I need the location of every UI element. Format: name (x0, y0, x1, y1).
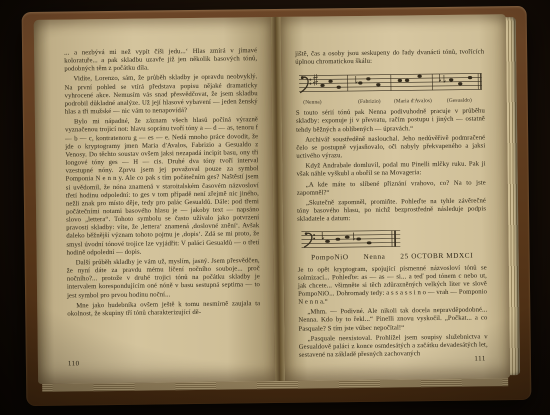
paragraph: Když Andrabale domluvil, podal mu Pinell… (296, 161, 485, 180)
paragraph: ... a nezbývá mi než vypít číši jedu...‘… (64, 47, 257, 74)
staff-label-maria-davalos: (Maria d'Avalos) (394, 97, 432, 106)
music-staff-chromatic-scale (295, 70, 484, 98)
paragraph: „Skutečně zapomněl, promiňte. Pohleďte n… (297, 197, 486, 224)
right-page-text: jiště, čas a osoby jsou seskupeny do řad… (281, 14, 510, 360)
staff-label-fabrizio: (Fabrizio) (358, 98, 381, 106)
page-number-right: 111 (474, 354, 486, 362)
notes-group-fabrizio (356, 76, 381, 87)
bass-clef-icon (300, 76, 312, 93)
paragraph: jiště, čas a osoby jsou seskupeny do řad… (295, 48, 484, 67)
signature-date: 25 OCTOBR MDXCI (400, 252, 473, 261)
paragraph: Vidíte, Lorenzo, sám, že průběh skladby … (64, 74, 257, 117)
composer-signature: PompoNiO Nenna 25 OCTOBR MDXCI (298, 252, 487, 262)
paragraph: Bylo mi nápadné, že záznam všech hlasů p… (65, 116, 260, 257)
staff-lines (301, 231, 400, 248)
paragraph: „Pasquale neexistoval. Prohlížel jsem so… (299, 333, 488, 360)
paragraph: Mne jako hudebníka ovšem ještě k tomu ne… (67, 300, 260, 319)
staff-label-gesualdo: (Gesualdo) (447, 97, 472, 105)
signature-surname: Nenna (364, 253, 386, 261)
signature-name: PompoNiO (311, 253, 349, 262)
left-page: ... a nezbývá mi než vypít číši jedu...‘… (34, 17, 275, 384)
left-page-text: ... a nezbývá mi než vypít číši jedu...‘… (34, 17, 275, 319)
book: ... a nezbývá mi než vypít číši jedu...‘… (22, 6, 532, 406)
music-staff-labels: (Nenna) (Fabrizio) (Maria d'Avalos) (Ges… (296, 97, 485, 107)
book-photo: ... a nezbývá mi než vypít číši jedu...‘… (0, 0, 550, 415)
notes-group-gesualdo (439, 74, 472, 86)
open-pages: ... a nezbývá mi než vypít číši jedu...‘… (34, 14, 510, 384)
paragraph: „Mhm. — Podivné. Ale nikoli tak docela n… (298, 307, 487, 334)
right-page: jiště, čas a osoby jsou seskupeny do řad… (281, 14, 510, 381)
page-number-left: 110 (68, 359, 80, 367)
paragraph: „A kde máte to slíbené přiznání vrahovo,… (297, 179, 486, 198)
paragraph: Archivář soustředěně naslouchal. Jeho ne… (296, 134, 485, 161)
staff-label-nenna: (Nenna) (303, 99, 321, 107)
paragraph: S touto sérií tónů pak Nenna podivuhodně… (296, 108, 485, 135)
staff-lines (299, 74, 482, 92)
paragraph: Další průběh skladby je vám už, myslím, … (67, 257, 260, 300)
music-staff-bass-ending (299, 228, 403, 251)
paragraph: Je to opět kryptogram, spojující písmenn… (298, 264, 487, 307)
